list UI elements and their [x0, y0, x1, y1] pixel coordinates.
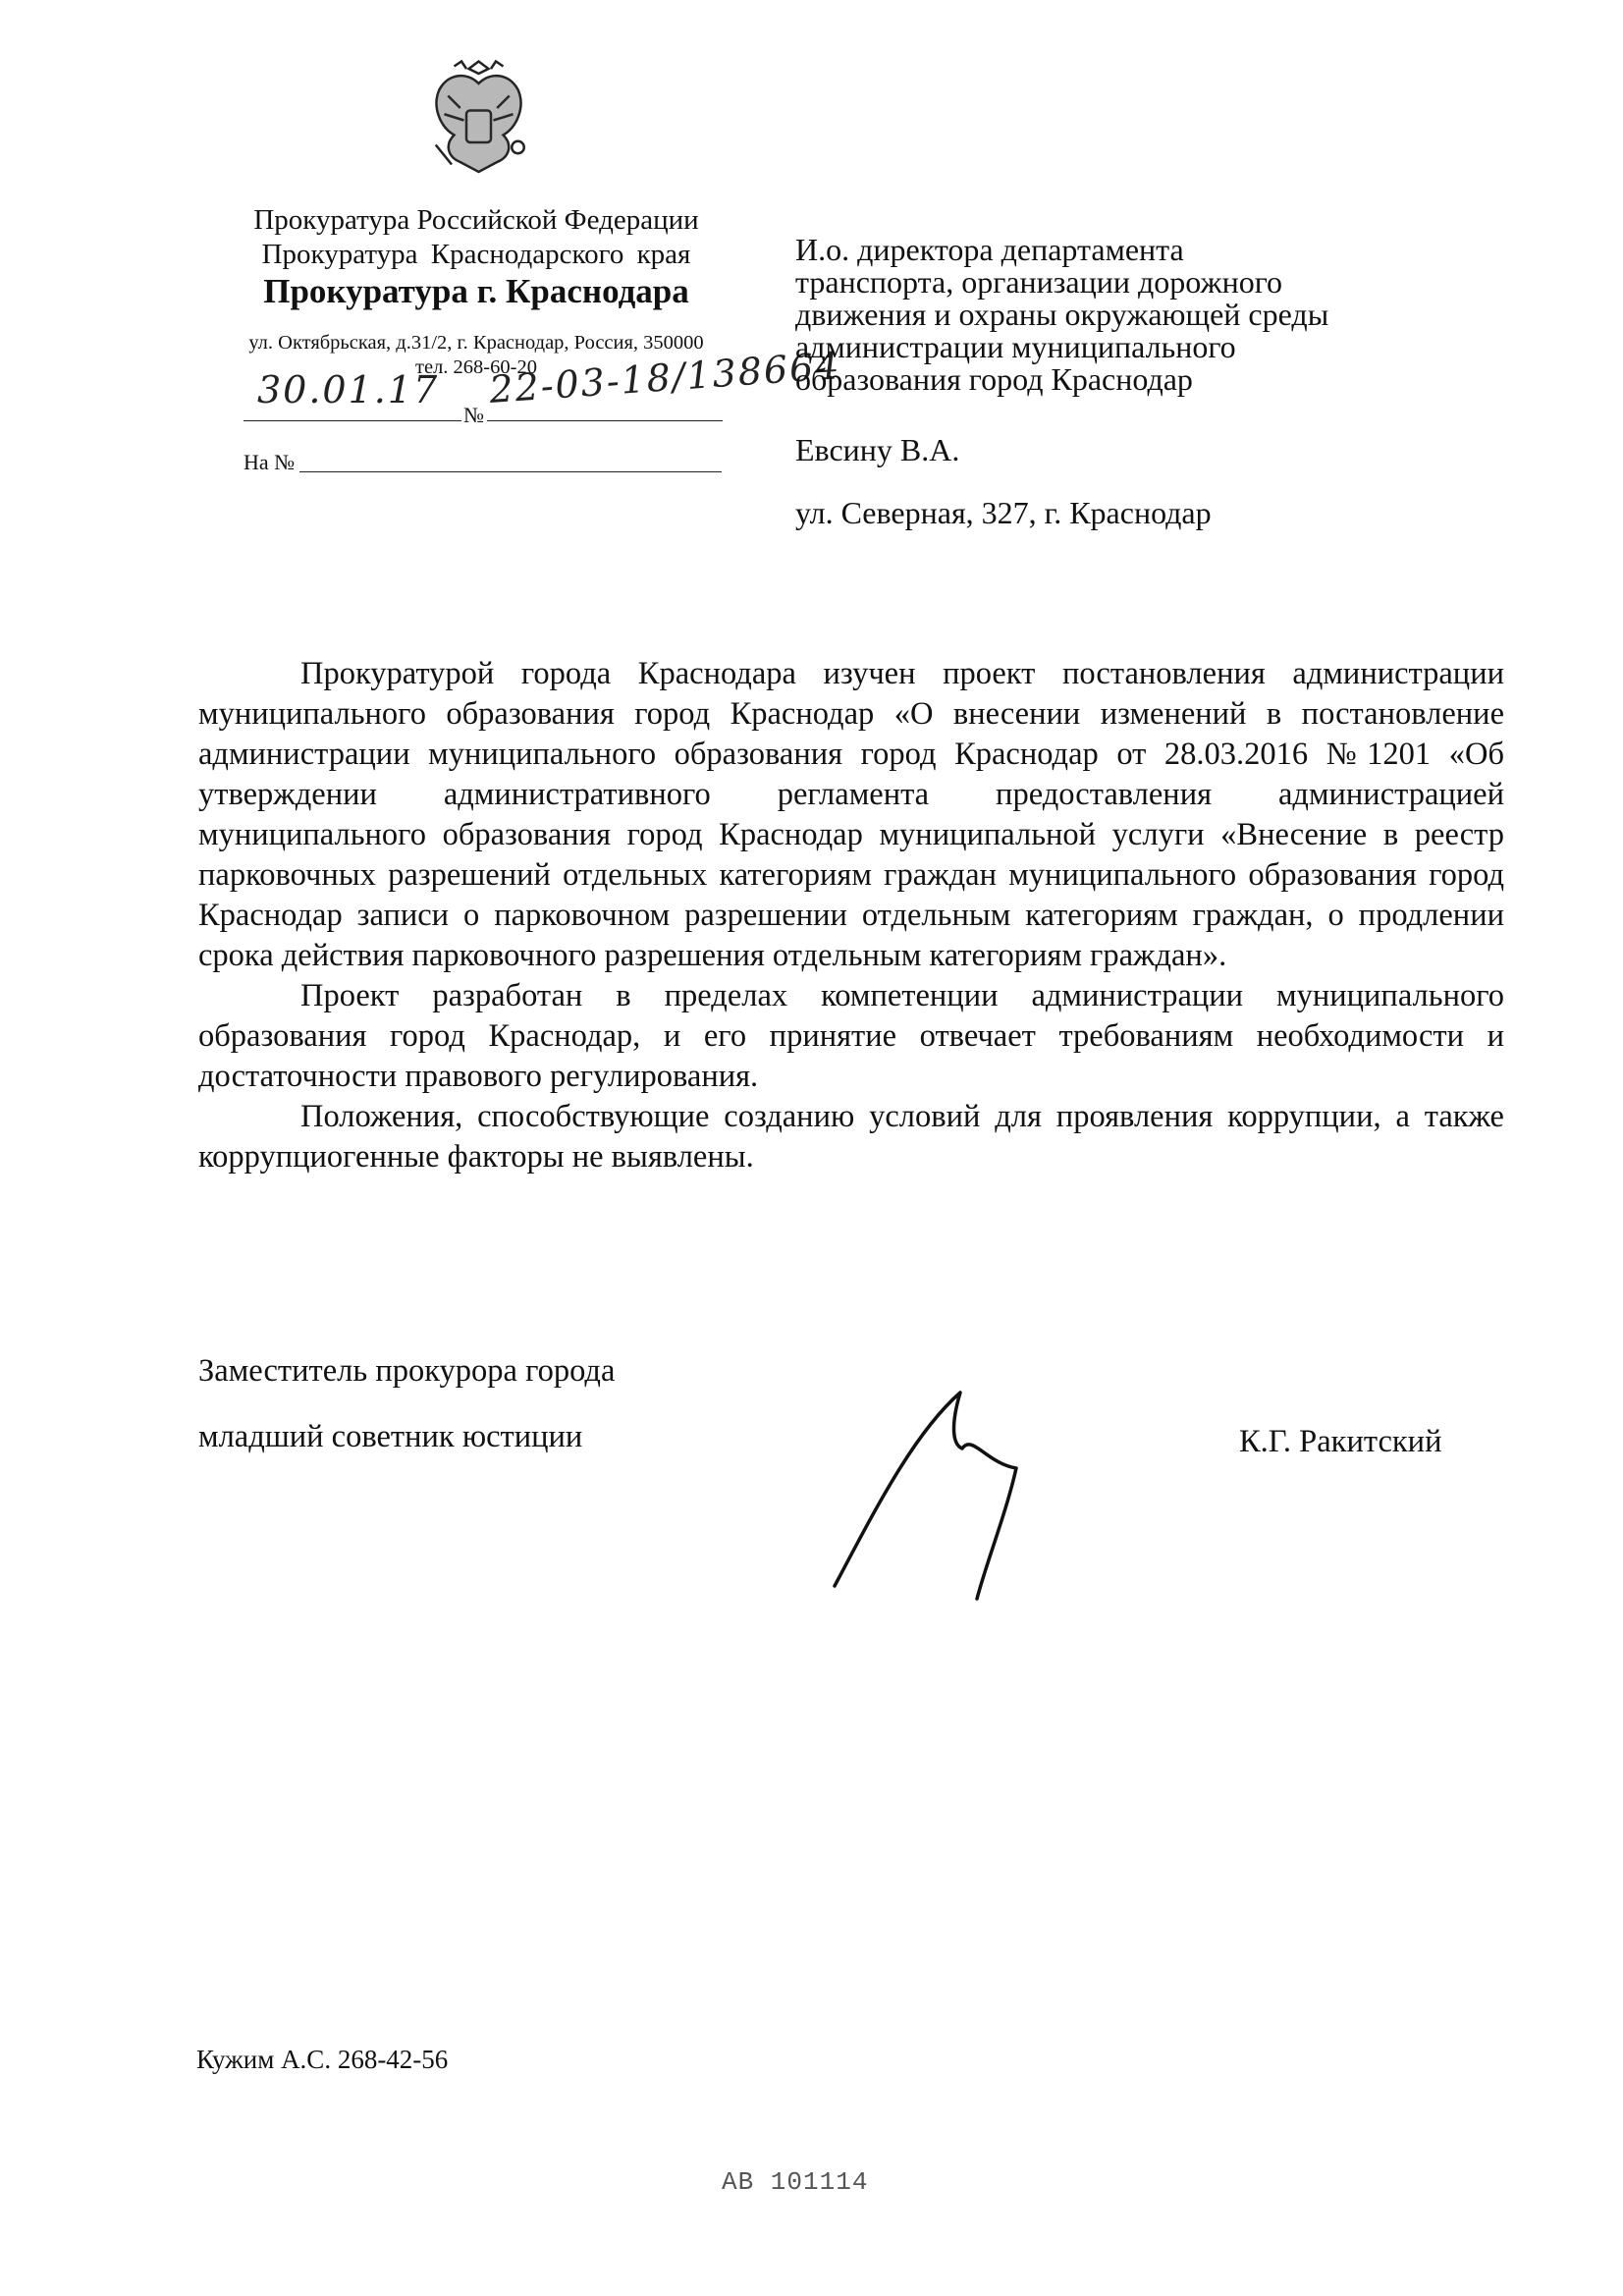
- body-paragraph: Положения, способствующие созданию услов…: [198, 1097, 1504, 1177]
- addressee-position-line: движения и охраны окружающей среды: [795, 299, 1328, 331]
- addressee-position-line: образования город Краснодар: [795, 363, 1328, 396]
- body-paragraph: Проект разработан в пределах компетенции…: [198, 976, 1504, 1097]
- addressee-position-line: И.о. директора департамента: [795, 234, 1328, 266]
- addressee-position-line: администрации муниципального: [795, 331, 1328, 363]
- reply-to-label: На №: [243, 450, 295, 475]
- body-paragraph: Прокуратурой города Краснодара изучен пр…: [198, 654, 1504, 976]
- letterhead-line-federal: Прокуратура Российской Федерации: [196, 204, 756, 237]
- signatory-name: К.Г. Ракитский: [1239, 1424, 1441, 1460]
- form-serial-number: АВ 101114: [722, 2167, 868, 2197]
- letter-body: Прокуратурой города Краснодара изучен пр…: [198, 654, 1504, 1177]
- number-underline: [487, 420, 723, 421]
- letterhead-line-city: Прокуратура г. Краснодара: [196, 272, 756, 311]
- double-headed-eagle-emblem-icon: [417, 59, 540, 182]
- addressee-street: ул. Северная, 327, г. Краснодар: [795, 495, 1212, 531]
- outgoing-date-handwritten: 30.01.17: [257, 368, 439, 411]
- executor-contact: Кужим А.С. 268-42-56: [196, 2045, 448, 2075]
- addressee-position-line: транспорта, организации дорожного: [795, 266, 1328, 299]
- addressee-name: Евсину В.А.: [795, 432, 959, 468]
- number-label: №: [463, 403, 484, 428]
- signatory-title: Заместитель прокурора города: [198, 1353, 615, 1390]
- document-page: Прокуратура Российской Федерации Прокура…: [0, 0, 1623, 2296]
- letterhead-address: ул. Октябрьская, д.31/2, г. Краснодар, Р…: [196, 332, 756, 355]
- letterhead-line-regional: Прокуратура Краснодарского края: [196, 239, 756, 271]
- reply-to-underline: [299, 471, 722, 472]
- addressee-position: И.о. директора департамента транспорта, …: [795, 234, 1328, 396]
- date-underline: [243, 420, 461, 421]
- signatory-rank: младший советник юстиции: [198, 1419, 582, 1455]
- handwritten-signature-icon: [815, 1375, 1139, 1601]
